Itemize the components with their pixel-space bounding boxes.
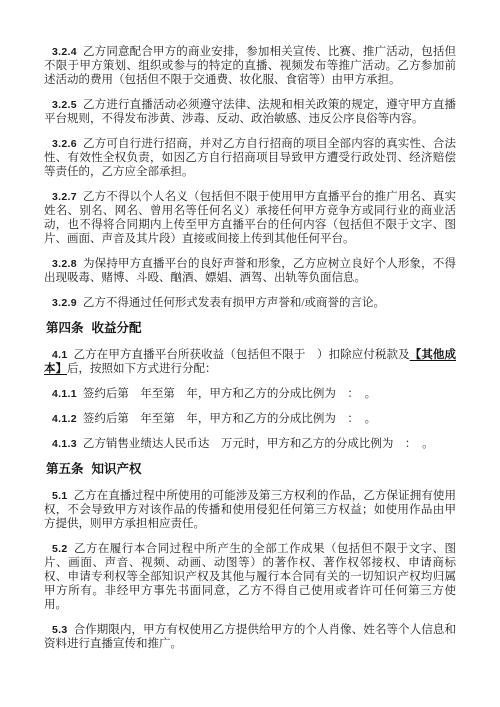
section-title: 知识产权 — [92, 462, 142, 476]
clause-text: 乙方在甲方直播平台所获收益（包括但不限于 ）扣除应付税款及 — [74, 349, 410, 361]
clause-5.2: 5.2乙方在履行本合同过程中所产生的全部工作成果（包括但不限于文字、图片、画面、… — [44, 542, 456, 612]
clause-text: 签约后第 年至第 年，甲方和乙方的分成比例为 ： 。 — [83, 388, 376, 400]
clause-text: 后，按照如下方式进行分配： — [67, 363, 217, 375]
contract-body: 3.2.4乙方同意配合甲方的商业安排，参加相关宣传、比赛、推广活动，包括但不限于… — [44, 45, 456, 651]
clause-number: 3.2.9 — [52, 297, 77, 309]
clause-text: 乙方在直播过程中所使用的可能涉及第三方权利的作品，乙方保证拥有使用权，不会导致甲… — [44, 490, 456, 530]
clause-number: 4.1.2 — [52, 413, 77, 425]
clause-text: 乙方不得通过任何形式发表有损甲方声誉和/或商誉的言论。 — [83, 297, 385, 309]
clause-number: 5.1 — [52, 490, 68, 502]
clause-3.2.5: 3.2.5乙方进行直播活动必须遵守法律、法规和相关政策的规定，遵守甲方直播平台规… — [44, 98, 456, 126]
clause-number: 4.1.1 — [52, 388, 77, 400]
section-heading: 第四条收益分配 — [44, 321, 456, 336]
clause-number: 4.1 — [52, 349, 68, 361]
clause-number: 3.2.8 — [52, 258, 77, 270]
section-title: 收益分配 — [92, 321, 142, 335]
clause-4.1.1: 4.1.1签约后第 年至第 年，甲方和乙方的分成比例为 ： 。 — [44, 387, 456, 401]
section-number: 第四条 — [46, 321, 84, 335]
clause-3.2.8: 3.2.8为保持甲方直播平台的良好声誉和形象，乙方应树立良好个人形象，不得出现吸… — [44, 257, 456, 285]
clause-number: 5.3 — [52, 624, 68, 636]
clause-3.2.6: 3.2.6乙方可自行进行招商，并对乙方自行招商的项目全部内容的真实性、合法性、有… — [44, 137, 456, 179]
clause-number: 3.2.7 — [52, 191, 77, 203]
clause-text: 签约后第 年至第 年，甲方和乙方的分成比例为 ： 。 — [83, 413, 376, 425]
section-heading: 第五条知识产权 — [44, 462, 456, 477]
clause-text: 为保持甲方直播平台的良好声誉和形象，乙方应树立良好个人形象，不得出现吸毒、赌博、… — [44, 258, 456, 284]
clause-text: 乙方可自行进行招商，并对乙方自行招商的项目全部内容的真实性、合法性、有效性全权负… — [44, 138, 456, 178]
clause-text: 乙方同意配合甲方的商业安排，参加相关宣传、比赛、推广活动，包括但不限于甲方策划、… — [44, 46, 456, 86]
clause-5.3: 5.3合作期限内，甲方有权使用乙方提供给甲方的个人肖像、姓名等个人信息和资料进行… — [44, 623, 456, 651]
clause-text: 乙方不得以个人名义（包括但不限于使用甲方直播平台的推广用名、真实姓名、别名、网名… — [44, 191, 456, 245]
clause-4.1.2: 4.1.2签约后第 年至第 年，甲方和乙方的分成比例为 ： 。 — [44, 412, 456, 426]
clause-3.2.9: 3.2.9乙方不得通过任何形式发表有损甲方声誉和/或商誉的言论。 — [44, 296, 456, 310]
contract-page: 3.2.4乙方同意配合甲方的商业安排，参加相关宣传、比赛、推广活动，包括但不限于… — [0, 0, 500, 707]
clause-text: 乙方销售业绩达人民币达 万元时，甲方和乙方的分成比例为 ： 。 — [83, 438, 434, 450]
clause-number: 3.2.4 — [52, 46, 77, 58]
clause-4.1.3: 4.1.3乙方销售业绩达人民币达 万元时，甲方和乙方的分成比例为 ： 。 — [44, 437, 456, 451]
clause-number: 5.2 — [52, 543, 68, 555]
clause-number: 4.1.3 — [52, 438, 77, 450]
clause-text: 乙方在履行本合同过程中所产生的全部工作成果（包括但不限于文字、图片、画面、声音、… — [44, 543, 456, 611]
clause-text: 乙方进行直播活动必须遵守法律、法规和相关政策的规定，遵守甲方直播平台规则，不得发… — [44, 99, 456, 125]
clause-text: 合作期限内，甲方有权使用乙方提供给甲方的个人肖像、姓名等个人信息和资料进行直播宣… — [44, 624, 456, 650]
clause-number: 3.2.6 — [52, 138, 77, 150]
section-number: 第五条 — [46, 462, 84, 476]
clause-5.1: 5.1乙方在直播过程中所使用的可能涉及第三方权利的作品，乙方保证拥有使用权，不会… — [44, 489, 456, 531]
clause-4.1: 4.1乙方在甲方直播平台所获收益（包括但不限于 ）扣除应付税款及【其他成本】后，… — [44, 348, 456, 376]
clause-3.2.4: 3.2.4乙方同意配合甲方的商业安排，参加相关宣传、比赛、推广活动，包括但不限于… — [44, 45, 456, 87]
clause-number: 3.2.5 — [52, 99, 77, 111]
clause-3.2.7: 3.2.7乙方不得以个人名义（包括但不限于使用甲方直播平台的推广用名、真实姓名、… — [44, 190, 456, 246]
